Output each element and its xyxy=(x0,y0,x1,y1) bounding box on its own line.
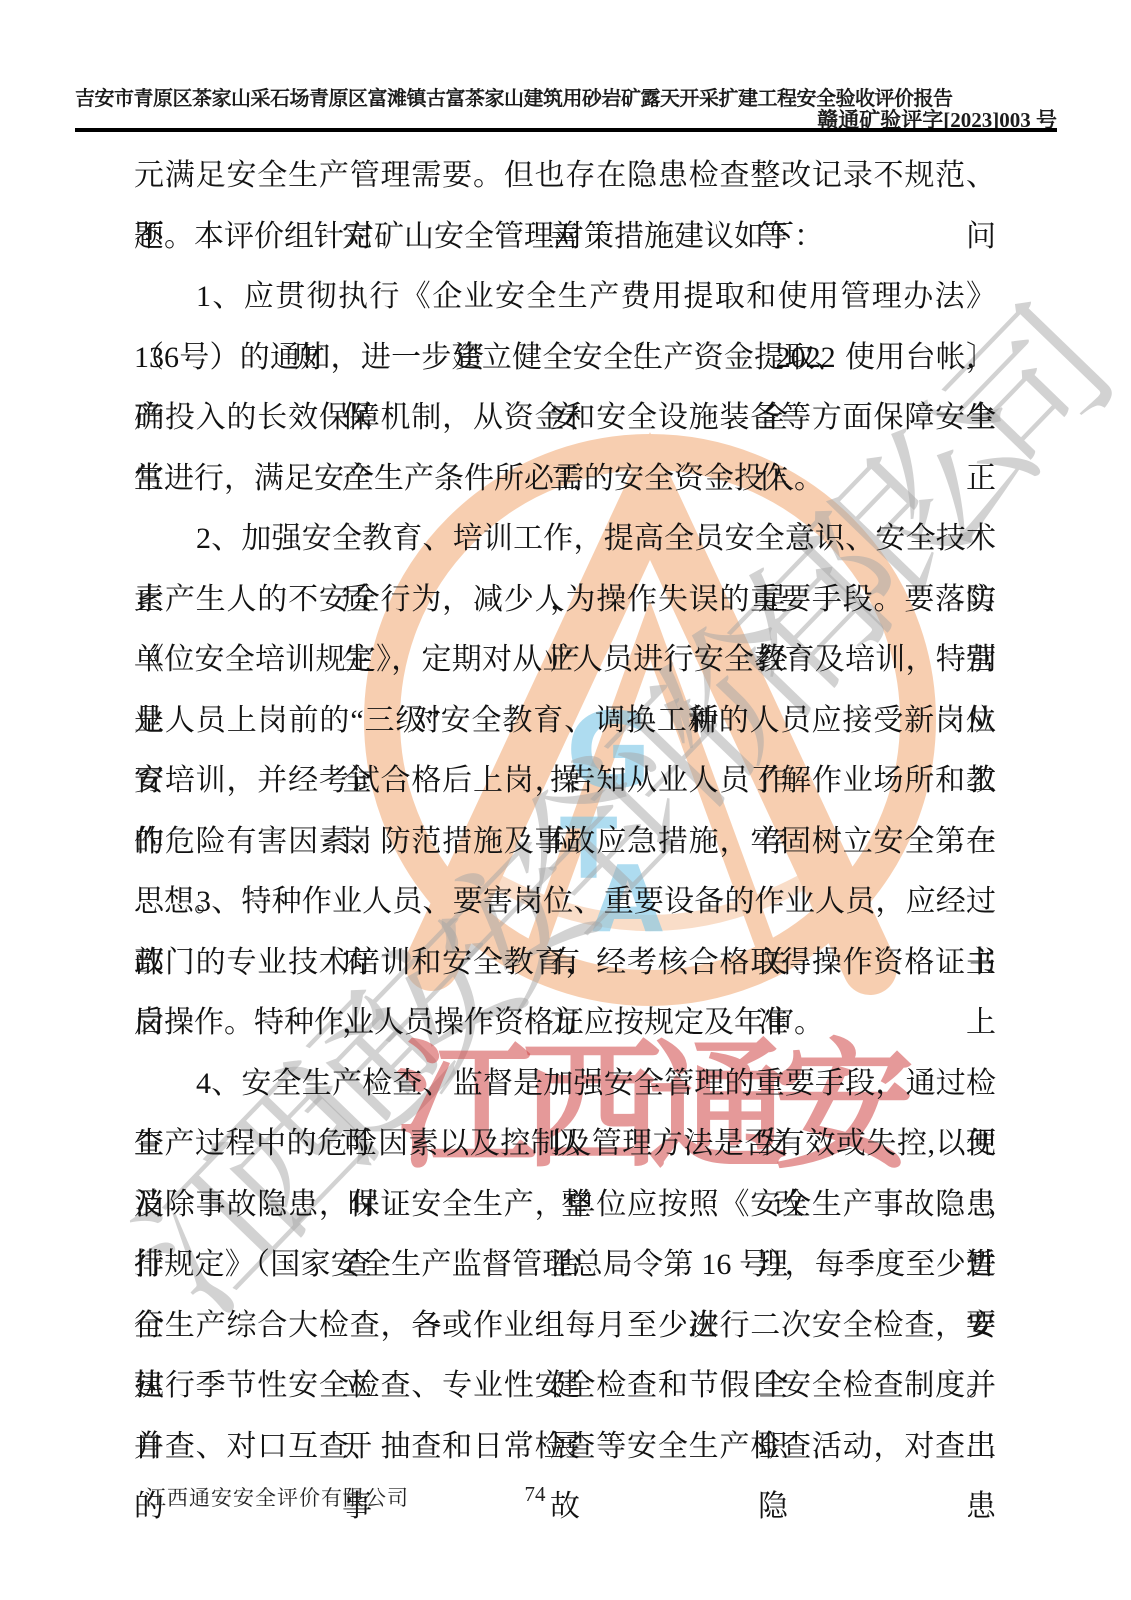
body-text: 元满足安全生产管理需要。但也存在隐患检查整改记录不规范、不完善等问题。本评价组针… xyxy=(134,146,996,1477)
page-number: 74 xyxy=(505,1482,565,1507)
body-line: 止产生人的不安全行为，减少人为操作失误的重要手段。要落实《生产经营 xyxy=(134,570,996,631)
body-line: 自查、对口互查、抽查和日常检查等安全生产检查活动，对查出的事故隐患 xyxy=(134,1417,996,1478)
body-line: 元满足安全生产管理需要。但也存在隐患检查整改记录不规范、不完善等问 xyxy=(134,146,996,207)
body-line: 单位安全培训规定》，定期对从业人员进行安全教育及培训，特别是对新从 xyxy=(134,630,996,691)
body-line: 消除事故隐患，保证安全生产，单位应按照《安全生产事故隐患排查治理暂 xyxy=(134,1175,996,1236)
body-line: 执行季节性安全检查、专业性安全检查和节假日安全检查制度。并开展职工 xyxy=(134,1356,996,1417)
body-line: 136号）的通知，进一步建立健全安全生产资金提取、使用台帐，确保安全生 xyxy=(134,328,996,389)
body-line: 部门的专业技术培训和安全教育，经考核合格取得操作资格证书后，方准上 xyxy=(134,933,996,994)
body-line: 行规定》（国家安全生产监督管理总局令第 16 号），每季度至少进行一次安 xyxy=(134,1235,996,1296)
document-page: G T A 江西通安安全评价有限公司 江西通安 吉安市青原区茶家山采石场青原区富… xyxy=(0,0,1131,1600)
header-rule xyxy=(75,128,1057,132)
body-line: 业人员上岗前的“三级”安全教育、调换工种的人员应接受新岗位安全操作教 xyxy=(134,691,996,752)
body-line: 产投入的长效保障机制，从资金和安全设施装备等方面保障安全生产工作正 xyxy=(134,388,996,449)
body-line: 1、应贯彻执行《企业安全生产费用提取和使用管理办法》（财资〔2022〕 xyxy=(134,267,996,328)
body-line: 的危险有害因素、防范措施及事故应急措施，牢固树立安全第一思想。 xyxy=(134,812,996,873)
body-line: 全生产综合大检查，各或作业组每月至少进行二次安全检查，要建立健全并 xyxy=(134,1296,996,1357)
body-line: 育培训，并经考试合格后上岗，告知从业人员了解作业场所和工作岗位存在 xyxy=(134,751,996,812)
page-content: 吉安市青原区茶家山采石场青原区富滩镇古富茶家山建筑用砂岩矿露天开采扩建工程安全验… xyxy=(0,0,1131,1600)
body-line: 生产过程中的危险因素以及控制及管理方法是否有效或失控,以便及时整改, xyxy=(134,1114,996,1175)
body-line: 2、加强安全教育、培训工作，提高全员安全意识、安全技术素质，是防 xyxy=(134,509,996,570)
footer-company-name: 江西通安安全评价有限公司 xyxy=(145,1482,409,1512)
body-line: 3、特种作业人员、要害岗位、重要设备的作业人员，应经过政府有关主 xyxy=(134,872,996,933)
body-line: 4、安全生产检查、监督是加强安全管理的重要手段，通过检查可以发现 xyxy=(134,1054,996,1115)
